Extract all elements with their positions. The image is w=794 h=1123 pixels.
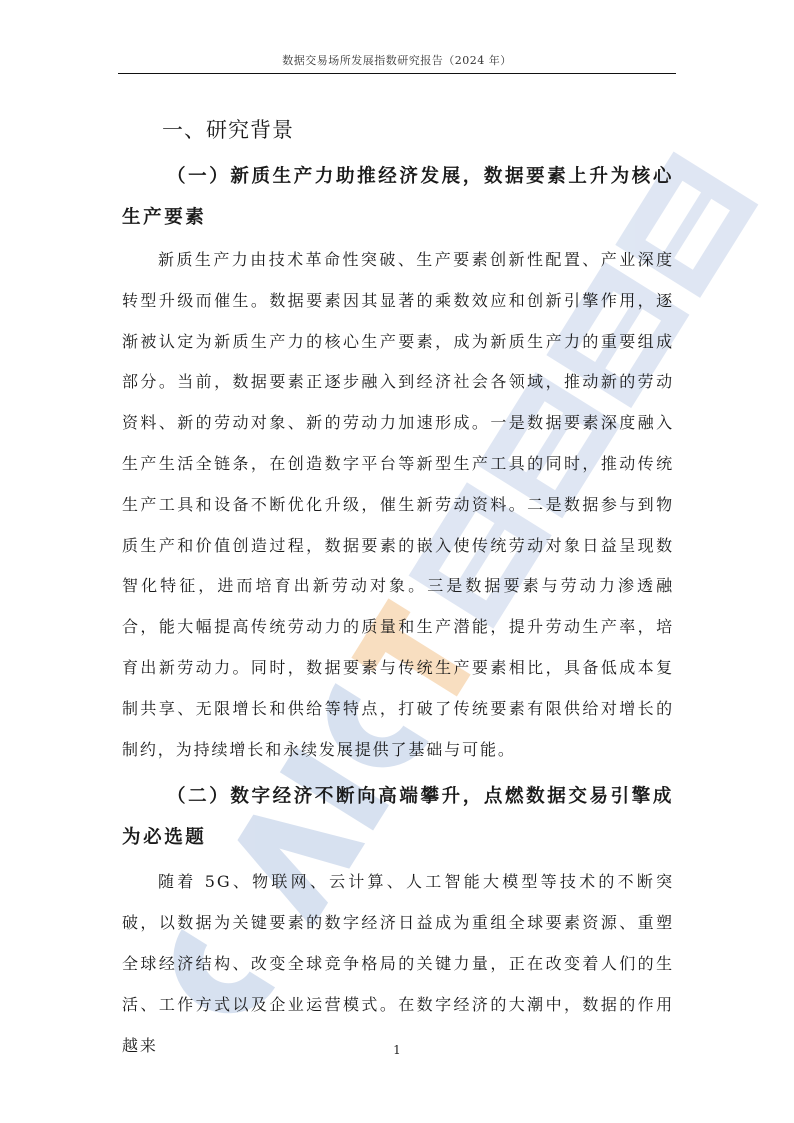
subsection-heading-1: （一）新质生产力助推经济发展，数据要素上升为核心生产要素 [122, 156, 674, 238]
header-divider [118, 73, 676, 74]
section-title: 一、研究背景 [162, 110, 674, 150]
paragraph-2: 随着 5G、物联网、云计算、人工智能大模型等技术的不断突破，以数据为关键要素的数… [122, 862, 674, 1066]
subsection-heading-2: （二）数字经济不断向高端攀升，点燃数据交易引擎成为必选题 [122, 776, 674, 858]
paragraph-1: 新质生产力由技术革命性突破、生产要素创新性配置、产业深度转型升级而催生。数据要素… [122, 240, 674, 770]
running-header: 数据交易场所发展指数研究报告（2024 年） [118, 52, 676, 68]
document-body: 一、研究背景 （一）新质生产力助推经济发展，数据要素上升为核心生产要素 新质生产… [122, 100, 674, 1066]
